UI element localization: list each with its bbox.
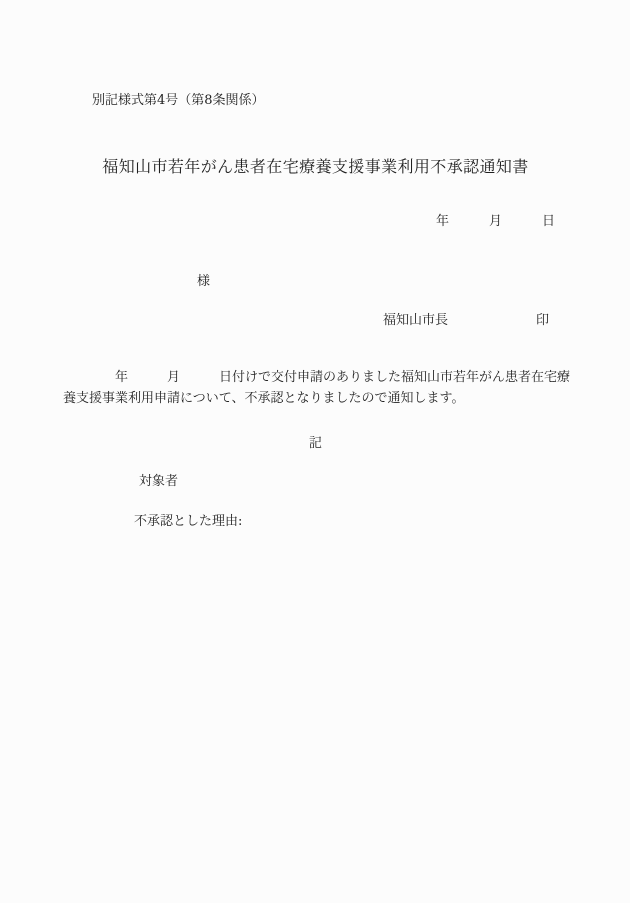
addressee-honorific: 様	[197, 275, 210, 288]
date-day-label: 日	[542, 215, 555, 228]
subject-item-label: 対象者	[139, 475, 178, 488]
body-paragraph-line1: 年 月 日付けで交付申請のありました福知山市若年がん患者在宅療	[63, 371, 570, 384]
body-paragraph-line2: 養支援事業利用申請について、不承認となりましたので通知します。	[63, 392, 464, 405]
issue-date-line: 年 月 日	[436, 215, 555, 228]
seal-mark: 印	[536, 314, 549, 327]
page-title: 福知山市若年がん患者在宅療養支援事業利用不承認通知書	[63, 159, 568, 175]
record-heading: 記	[63, 437, 568, 450]
reason-item-label: 不承認とした理由:	[134, 515, 242, 528]
sender-title: 福知山市長	[383, 314, 448, 327]
document-page: 別記様式第4号（第8条関係） 福知山市若年がん患者在宅療養支援事業利用不承認通知…	[0, 0, 630, 903]
form-number: 別記様式第4号（第8条関係）	[92, 94, 265, 107]
sender-line: 福知山市長 印	[0, 314, 630, 330]
date-year-label: 年	[436, 215, 449, 228]
date-month-label: 月	[489, 215, 502, 228]
